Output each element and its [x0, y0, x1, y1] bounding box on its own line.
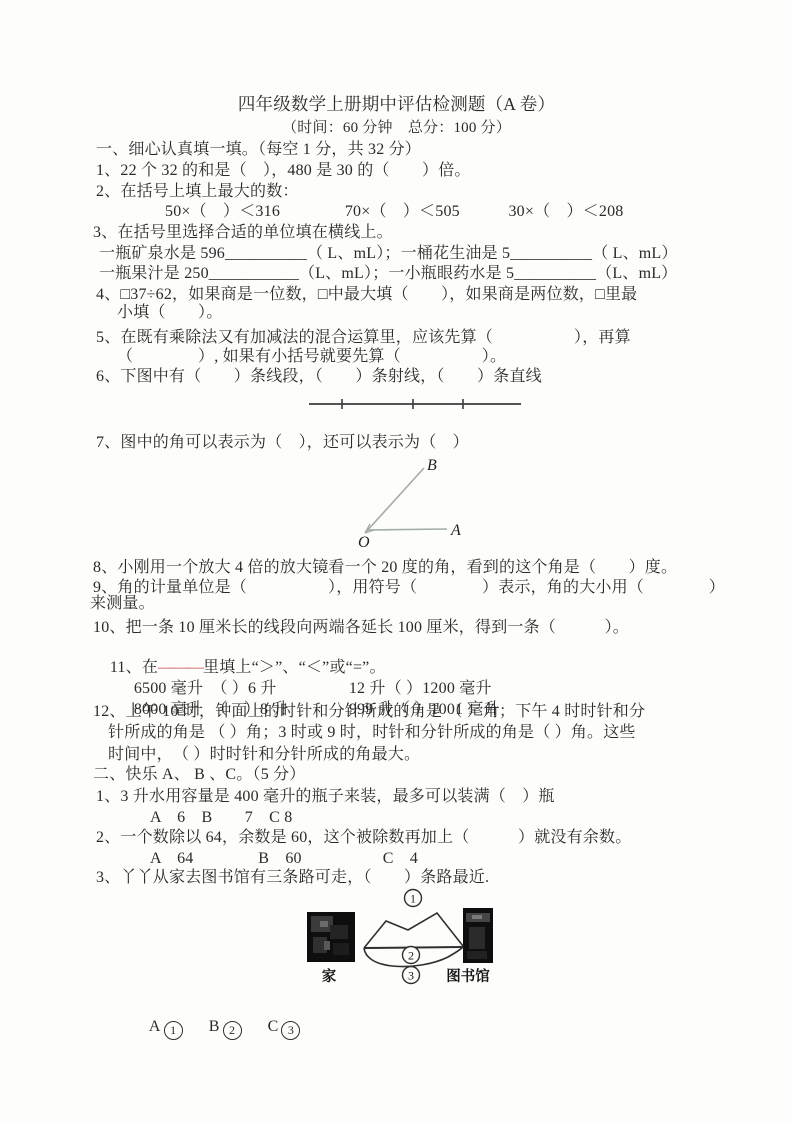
- angle-figure: B A O: [345, 450, 470, 550]
- route-map-figure: 1 2 3 家 图书馆: [300, 885, 500, 990]
- s2-question-2-options: A 64 B 60 C 4: [150, 849, 418, 869]
- question-12-line1: 12、上午 10 时，钟面上的时针和分针所成的角是 （ ）角；下午 4 时时针和…: [93, 702, 645, 722]
- question-12-line2: 针所成的角是 （ ）角；3 时或 9 时，时针和分针所成的角是（ ）角。这些: [108, 723, 636, 743]
- route-2-badge: 2: [403, 947, 420, 964]
- home-photo: [307, 912, 355, 962]
- question-2: 2、在括号上填上最大的数：: [96, 182, 299, 202]
- page-title: 四年级数学上册期中评估检测题（A 卷）: [0, 94, 793, 114]
- svg-text:1: 1: [410, 892, 416, 906]
- question-12-line3: 时间中， （ ）时时针和分针所成的角最大。: [108, 745, 420, 765]
- question-2-options: 50×（ ）＜316 70×（ ）＜505 30×（ ）＜208: [165, 202, 623, 222]
- ray-oa: [368, 529, 447, 530]
- route-1-badge: 1: [405, 890, 422, 907]
- section2-heading: 二、快乐 A、 B 、C。（5 分）: [93, 765, 306, 785]
- ray-ob: [365, 468, 424, 533]
- circled-1: 1: [164, 1021, 183, 1040]
- question-5-line2: （ ）, 如果有小括号就要先算（ ）。: [117, 347, 506, 367]
- question-10: 10、把一条 10 厘米长的线段向两端各延长 100 厘米，得到一条（ ）。: [93, 618, 629, 638]
- question-3-line1: 一瓶矿泉水是 596__________（ L、mL）；一桶花生油是 5____…: [99, 244, 678, 264]
- question-5-line1: 5、在既有乘除法又有加减法的混合运算里，应该先算（ ），再算: [96, 328, 631, 348]
- circled-2: 2: [223, 1021, 242, 1040]
- section1-heading: 一、细心认真填一填。（每空 1 分，共 32 分）: [96, 140, 421, 160]
- angle-label-b: B: [427, 457, 437, 474]
- question-8: 8、小刚用一个放大 4 倍的放大镜看一个 20 度的角，看到的这个角是（ ）度。: [93, 558, 677, 578]
- angle-label-a: A: [450, 522, 461, 539]
- question-4-line2: 小填（ ）。: [117, 303, 222, 323]
- library-photo: [463, 908, 493, 963]
- question-9-line1: 9、角的计量单位是（ ），用符号（ ）表示，角的大小用（ ）: [93, 578, 725, 598]
- s2-question-3-choices: A1B2C3: [133, 997, 326, 1060]
- route-3-badge: 3: [403, 967, 420, 984]
- question-1: 1、22 个 32 的和是（ ），480 是 30 的（ ）倍。: [96, 161, 471, 181]
- s2-question-1: 1、3 升水用容量是 400 毫升的瓶子来装，最多可以装满（ ）瓶: [96, 787, 555, 807]
- exam-meta: （时间：60 分钟 总分：100 分）: [0, 118, 793, 138]
- question-4-line1: 4、□37÷62，如果商是一位数，□中最大填（ ），如果商是两位数，□里最: [96, 285, 637, 305]
- exam-paper-page: 四年级数学上册期中评估检测题（A 卷） （时间：60 分钟 总分：100 分） …: [0, 0, 793, 1122]
- s2-question-2: 2、一个数除以 64，余数是 60，这个被除数再加上（ ）就没有余数。: [96, 828, 631, 848]
- question-3-line2: 一瓶果汁是 250___________（L、mL）；一小瓶眼药水是 5____…: [99, 264, 677, 284]
- svg-text:2: 2: [408, 949, 414, 963]
- segment-line-figure: [308, 396, 523, 412]
- home-label: 家: [322, 967, 337, 985]
- angle-label-o: O: [358, 534, 370, 550]
- choice-b: B2: [209, 1018, 242, 1035]
- library-label: 图书馆: [446, 967, 490, 985]
- choice-c: C3: [268, 1018, 301, 1035]
- question-3: 3、在括号里选择合适的单位填在横线上。: [93, 223, 393, 243]
- route-1-path: [364, 913, 463, 948]
- s2-question-1-options: A 6 B 7 C 8: [150, 808, 292, 828]
- choice-a: A1: [149, 1018, 183, 1035]
- circled-3: 3: [281, 1021, 300, 1040]
- question-9-line2: 来测量。: [90, 594, 155, 614]
- svg-text:3: 3: [408, 969, 414, 983]
- question-6: 6、下图中有（ ）条线段，（ ）条射线，（ ）条直线: [96, 367, 542, 387]
